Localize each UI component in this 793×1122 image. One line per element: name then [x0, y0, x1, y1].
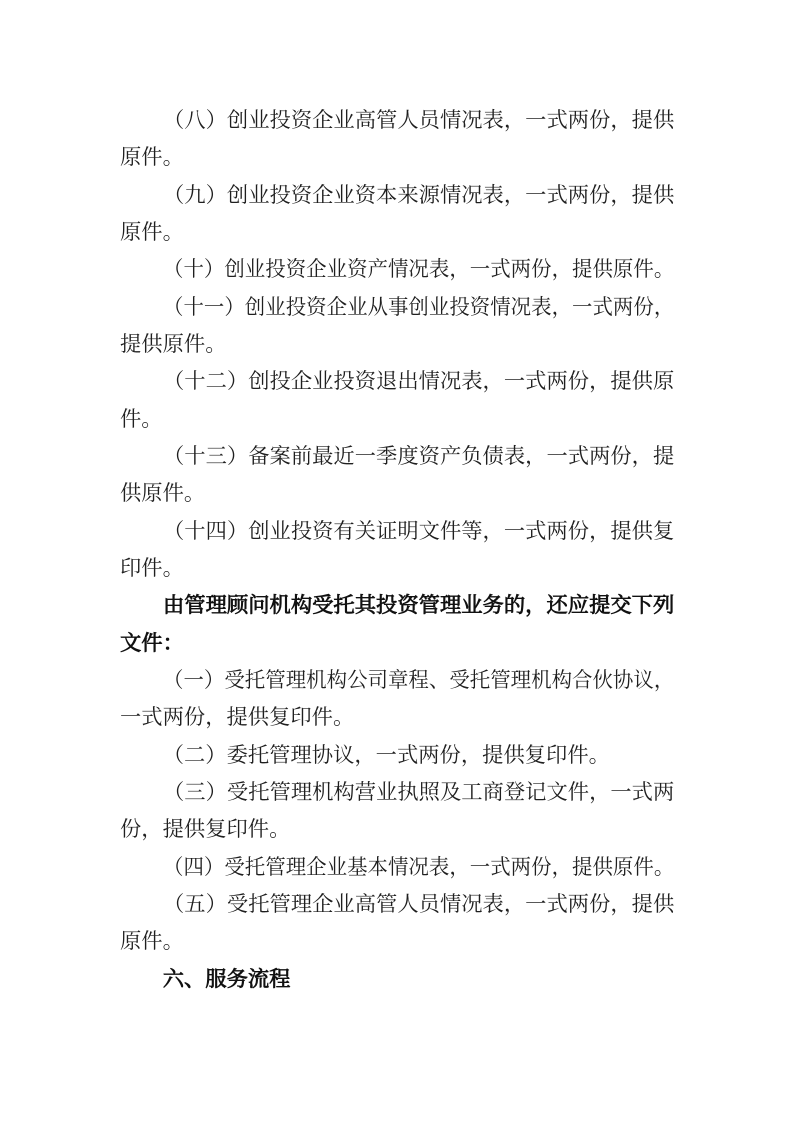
section-heading-6: 六、服务流程: [120, 961, 674, 998]
text-line-content: 六、服务流程: [163, 961, 291, 998]
list-item-11: （十一）创业投资企业从事创业投资情况表，一式两份，提供原件。: [120, 289, 674, 364]
list-item-12: （十二）创投企业投资退出情况表，一式两份，提供原件。: [120, 363, 674, 438]
text-line-content: （十一）创业投资企业从事创业投资情况表，一式两份，: [163, 289, 674, 326]
text-line: （四）受托管理企业基本情况表，一式两份，提供原件。: [120, 849, 674, 886]
text-line: 件。: [120, 401, 674, 438]
text-line-content: （二）委托管理协议，一式两份，提供复印件。: [163, 737, 610, 774]
text-line-content: （八）创业投资企业高管人员情况表，一式两份，提供: [163, 102, 674, 139]
text-line-content: （九）创业投资企业资本来源情况表，一式两份，提供: [163, 177, 674, 214]
text-line: （十）创业投资企业资产情况表，一式两份，提供原件。: [120, 251, 674, 288]
text-line: （十二）创投企业投资退出情况表，一式两份，提供原: [120, 363, 674, 400]
text-line: 份，提供复印件。: [120, 811, 674, 848]
text-line: 原件。: [120, 214, 674, 251]
list-item-10: （十）创业投资企业资产情况表，一式两份，提供原件。: [120, 251, 674, 288]
text-line-content: 一式两份，提供复印件。: [120, 699, 354, 736]
text-line: （十四）创业投资有关证明文件等，一式两份，提供复: [120, 513, 674, 550]
list-item-13: （十三）备案前最近一季度资产负债表，一式两份，提供原件。: [120, 438, 674, 513]
text-line: （九）创业投资企业资本来源情况表，一式两份，提供: [120, 177, 674, 214]
text-line: 文件：: [120, 625, 674, 662]
text-line-content: （十二）创投企业投资退出情况表，一式两份，提供原: [163, 363, 674, 400]
text-line-content: （十三）备案前最近一季度资产负债表，一式两份，提: [163, 438, 674, 475]
trustee-item-3: （三）受托管理机构营业执照及工商登记文件，一式两份，提供复印件。: [120, 774, 674, 849]
text-line-content: 份，提供复印件。: [120, 811, 290, 848]
text-line: 由管理顾问机构受托其投资管理业务的，还应提交下列: [120, 587, 674, 624]
text-line: （一）受托管理机构公司章程、受托管理机构合伙协议，: [120, 662, 674, 699]
text-line: 原件。: [120, 139, 674, 176]
note-trustee-requirements: 由管理顾问机构受托其投资管理业务的，还应提交下列文件：: [120, 587, 674, 662]
text-line-content: 由管理顾问机构受托其投资管理业务的，还应提交下列: [163, 587, 674, 624]
text-line-content: （三）受托管理机构营业执照及工商登记文件，一式两: [163, 774, 674, 811]
text-line: （八）创业投资企业高管人员情况表，一式两份，提供: [120, 102, 674, 139]
text-line-content: 提供原件。: [120, 326, 227, 363]
text-line-content: 文件：: [120, 625, 184, 662]
text-line: 印件。: [120, 550, 674, 587]
document-page: （八）创业投资企业高管人员情况表，一式两份，提供原件。（九）创业投资企业资本来源…: [0, 0, 793, 1122]
text-line: 提供原件。: [120, 326, 674, 363]
document-text-block: （八）创业投资企业高管人员情况表，一式两份，提供原件。（九）创业投资企业资本来源…: [120, 102, 674, 998]
list-item-9: （九）创业投资企业资本来源情况表，一式两份，提供原件。: [120, 177, 674, 252]
trustee-item-5: （五）受托管理企业高管人员情况表，一式两份，提供原件。: [120, 886, 674, 961]
text-line-content: （十四）创业投资有关证明文件等，一式两份，提供复: [163, 513, 674, 550]
text-line-content: 原件。: [120, 214, 184, 251]
trustee-item-4: （四）受托管理企业基本情况表，一式两份，提供原件。: [120, 849, 674, 886]
text-line-content: （四）受托管理企业基本情况表，一式两份，提供原件。: [163, 849, 674, 886]
list-item-14: （十四）创业投资有关证明文件等，一式两份，提供复印件。: [120, 513, 674, 588]
text-line-content: 原件。: [120, 139, 184, 176]
text-line-content: （一）受托管理机构公司章程、受托管理机构合伙协议，: [163, 662, 674, 699]
text-line: 一式两份，提供复印件。: [120, 699, 674, 736]
text-line: （二）委托管理协议，一式两份，提供复印件。: [120, 737, 674, 774]
text-line-content: （五）受托管理企业高管人员情况表，一式两份，提供: [163, 886, 674, 923]
text-line-content: （十）创业投资企业资产情况表，一式两份，提供原件。: [163, 251, 674, 288]
text-line-content: 印件。: [120, 550, 184, 587]
text-line: （十一）创业投资企业从事创业投资情况表，一式两份，: [120, 289, 674, 326]
text-line-content: 供原件。: [120, 475, 205, 512]
text-line: （三）受托管理机构营业执照及工商登记文件，一式两: [120, 774, 674, 811]
text-line-content: 件。: [120, 401, 163, 438]
trustee-item-2: （二）委托管理协议，一式两份，提供复印件。: [120, 737, 674, 774]
text-line: 供原件。: [120, 475, 674, 512]
text-line: 原件。: [120, 923, 674, 960]
text-line: （五）受托管理企业高管人员情况表，一式两份，提供: [120, 886, 674, 923]
list-item-8: （八）创业投资企业高管人员情况表，一式两份，提供原件。: [120, 102, 674, 177]
text-line-content: 原件。: [120, 923, 184, 960]
trustee-item-1: （一）受托管理机构公司章程、受托管理机构合伙协议，一式两份，提供复印件。: [120, 662, 674, 737]
text-line: （十三）备案前最近一季度资产负债表，一式两份，提: [120, 438, 674, 475]
text-line: 六、服务流程: [120, 961, 674, 998]
